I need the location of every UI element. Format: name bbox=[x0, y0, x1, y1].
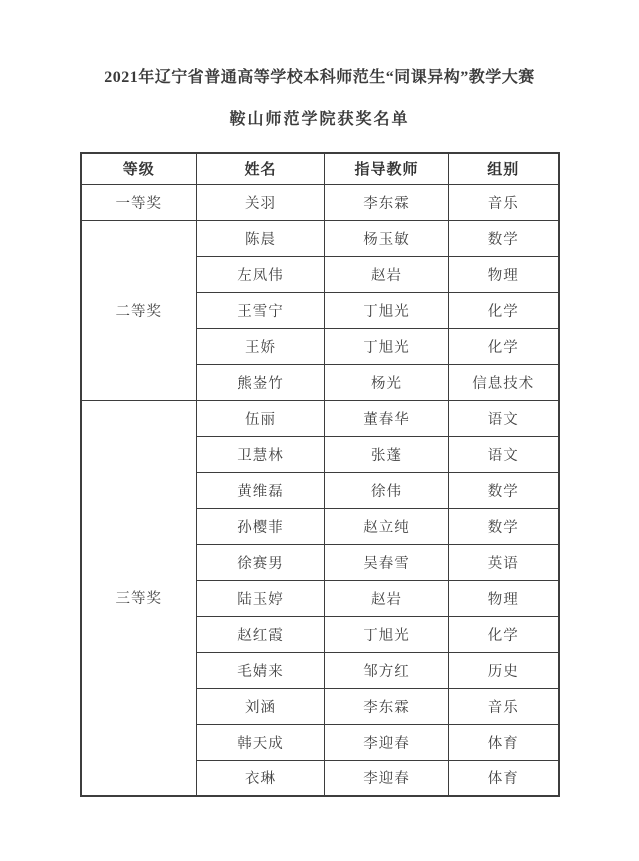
advisor-cell: 李迎春 bbox=[325, 724, 449, 760]
name-cell: 王雪宁 bbox=[197, 292, 325, 328]
advisor-cell: 杨光 bbox=[325, 364, 449, 400]
name-cell: 卫慧林 bbox=[197, 436, 325, 472]
group-cell: 音乐 bbox=[449, 184, 559, 220]
header-row: 等级 姓名 指导教师 组别 bbox=[81, 153, 559, 184]
name-cell: 韩天成 bbox=[197, 724, 325, 760]
name-cell: 关羽 bbox=[197, 184, 325, 220]
awards-table-header: 等级 姓名 指导教师 组别 bbox=[81, 153, 559, 184]
name-cell: 熊崟竹 bbox=[197, 364, 325, 400]
advisor-cell: 李东霖 bbox=[325, 688, 449, 724]
advisor-cell: 李迎春 bbox=[325, 760, 449, 796]
group-cell: 数学 bbox=[449, 508, 559, 544]
advisor-cell: 丁旭光 bbox=[325, 616, 449, 652]
advisor-cell: 丁旭光 bbox=[325, 292, 449, 328]
advisor-cell: 徐伟 bbox=[325, 472, 449, 508]
group-cell: 化学 bbox=[449, 292, 559, 328]
advisor-cell: 赵岩 bbox=[325, 256, 449, 292]
advisor-cell: 吴春雪 bbox=[325, 544, 449, 580]
awards-table-body: 一等奖关羽李东霖音乐二等奖陈晨杨玉敏数学左凤伟赵岩物理王雪宁丁旭光化学王娇丁旭光… bbox=[81, 184, 559, 796]
header-level: 等级 bbox=[81, 153, 197, 184]
name-cell: 黄维磊 bbox=[197, 472, 325, 508]
group-cell: 历史 bbox=[449, 652, 559, 688]
group-cell: 英语 bbox=[449, 544, 559, 580]
group-cell: 数学 bbox=[449, 220, 559, 256]
level-cell: 三等奖 bbox=[81, 400, 197, 796]
awards-table: 等级 姓名 指导教师 组别 一等奖关羽李东霖音乐二等奖陈晨杨玉敏数学左凤伟赵岩物… bbox=[80, 152, 560, 797]
header-group: 组别 bbox=[449, 153, 559, 184]
document-subtitle: 鞍山师范学院获奖名单 bbox=[0, 106, 639, 129]
group-cell: 体育 bbox=[449, 724, 559, 760]
name-cell: 陈晨 bbox=[197, 220, 325, 256]
table-row: 二等奖陈晨杨玉敏数学 bbox=[81, 220, 559, 256]
name-cell: 刘涵 bbox=[197, 688, 325, 724]
group-cell: 物理 bbox=[449, 580, 559, 616]
name-cell: 赵红霞 bbox=[197, 616, 325, 652]
name-cell: 左凤伟 bbox=[197, 256, 325, 292]
advisor-cell: 杨玉敏 bbox=[325, 220, 449, 256]
name-cell: 衣琳 bbox=[197, 760, 325, 796]
group-cell: 物理 bbox=[449, 256, 559, 292]
group-cell: 数学 bbox=[449, 472, 559, 508]
document-page: 2021年辽宁省普通高等学校本科师范生“同课异构”教学大赛 鞍山师范学院获奖名单… bbox=[0, 0, 639, 861]
advisor-cell: 赵岩 bbox=[325, 580, 449, 616]
table-row: 三等奖伍丽董春华语文 bbox=[81, 400, 559, 436]
group-cell: 体育 bbox=[449, 760, 559, 796]
advisor-cell: 邹方红 bbox=[325, 652, 449, 688]
name-cell: 毛婧来 bbox=[197, 652, 325, 688]
header-name: 姓名 bbox=[197, 153, 325, 184]
level-cell: 二等奖 bbox=[81, 220, 197, 400]
header-advisor: 指导教师 bbox=[325, 153, 449, 184]
group-cell: 化学 bbox=[449, 616, 559, 652]
advisor-cell: 李东霖 bbox=[325, 184, 449, 220]
level-cell: 一等奖 bbox=[81, 184, 197, 220]
group-cell: 信息技术 bbox=[449, 364, 559, 400]
advisor-cell: 丁旭光 bbox=[325, 328, 449, 364]
name-cell: 伍丽 bbox=[197, 400, 325, 436]
advisor-cell: 张蓬 bbox=[325, 436, 449, 472]
group-cell: 音乐 bbox=[449, 688, 559, 724]
name-cell: 徐赛男 bbox=[197, 544, 325, 580]
name-cell: 王娇 bbox=[197, 328, 325, 364]
name-cell: 孙樱菲 bbox=[197, 508, 325, 544]
group-cell: 语文 bbox=[449, 400, 559, 436]
document-title: 2021年辽宁省普通高等学校本科师范生“同课异构”教学大赛 bbox=[0, 0, 639, 87]
advisor-cell: 赵立纯 bbox=[325, 508, 449, 544]
group-cell: 语文 bbox=[449, 436, 559, 472]
group-cell: 化学 bbox=[449, 328, 559, 364]
name-cell: 陆玉婷 bbox=[197, 580, 325, 616]
advisor-cell: 董春华 bbox=[325, 400, 449, 436]
table-row: 一等奖关羽李东霖音乐 bbox=[81, 184, 559, 220]
